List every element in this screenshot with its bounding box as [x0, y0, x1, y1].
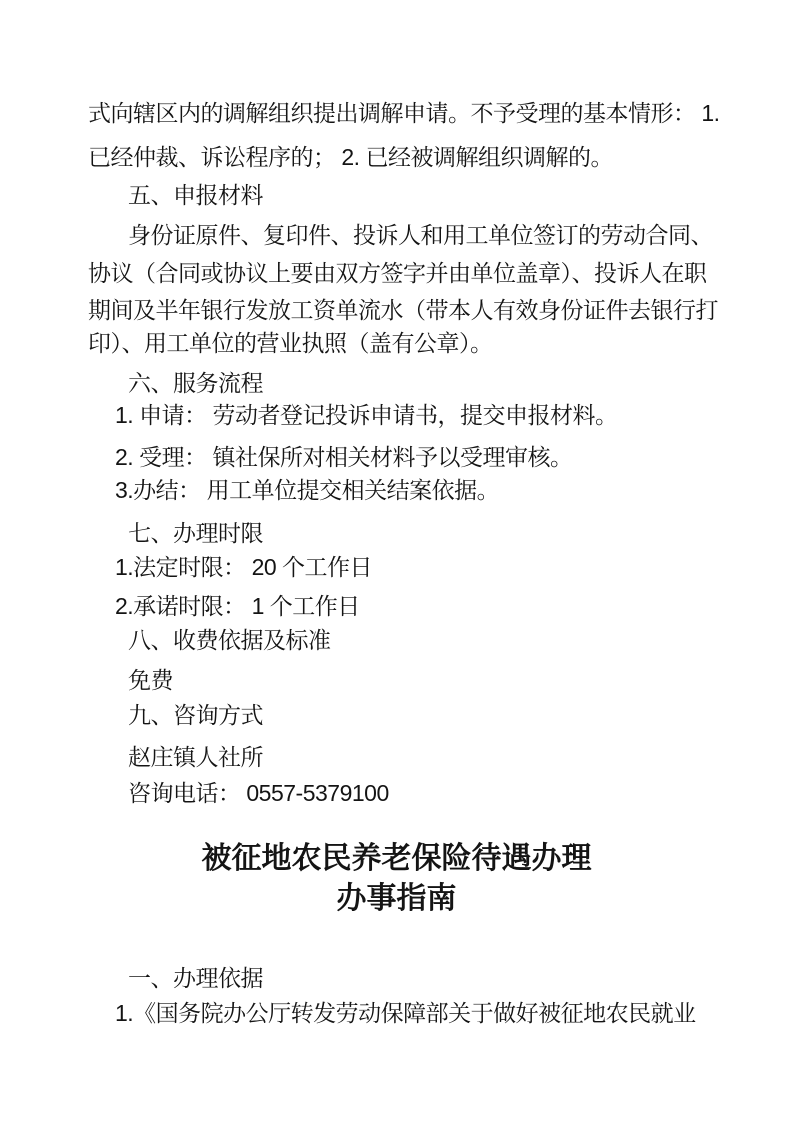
body-text-line: 免费: [128, 666, 173, 694]
section-heading: 一、办理依据: [128, 964, 263, 992]
body-text-line: 协议（合同或协议上要由双方签字并由单位盖章）、投诉人在职: [88, 259, 707, 287]
paragraph-first-line: 身份证原件、复印件、投诉人和用工单位签订的劳动合同、: [128, 221, 713, 249]
document-title-line: 办事指南: [0, 881, 793, 917]
numbered-item: 1. 申请： 劳动者登记投诉申请书，提交申报材料。: [115, 401, 617, 429]
body-text-line: 赵庄镇人社所: [128, 743, 263, 771]
section-heading: 九、咨询方式: [128, 701, 263, 729]
section-heading: 七、办理时限: [128, 519, 263, 547]
document-title-line: 被征地农民养老保险待遇办理: [0, 841, 793, 877]
numbered-item: 2. 受理： 镇社保所对相关材料予以受理审核。: [115, 443, 572, 471]
document-page: 式向辖区内的调解组织提出调解申请。不予受理的基本情形： 1.已经仲裁、诉讼程序的…: [0, 0, 793, 1122]
section-heading: 六、服务流程: [128, 369, 263, 397]
numbered-item: 3.办结： 用工单位提交相关结案依据。: [115, 476, 499, 504]
body-text-line: 期间及半年银行发放工资单流水（带本人有效身份证件去银行打: [88, 296, 718, 324]
numbered-item: 2.承诺时限： 1 个工作日: [115, 592, 360, 620]
body-text-line: 已经仲裁、诉讼程序的； 2. 已经被调解组织调解的。: [88, 143, 613, 171]
section-heading: 八、收费依据及标准: [128, 626, 331, 654]
numbered-item: 1.《国务院办公厅转发劳动保障部关于做好被征地农民就业: [115, 999, 696, 1027]
numbered-item: 1.法定时限： 20 个工作日: [115, 553, 372, 581]
body-text-line: 印）、用工单位的营业执照（盖有公章）。: [88, 329, 493, 357]
body-text-line: 咨询电话： 0557-5379100: [128, 779, 389, 807]
section-heading: 五、申报材料: [128, 181, 263, 209]
body-text-line: 式向辖区内的调解组织提出调解申请。不予受理的基本情形： 1.: [88, 99, 720, 127]
